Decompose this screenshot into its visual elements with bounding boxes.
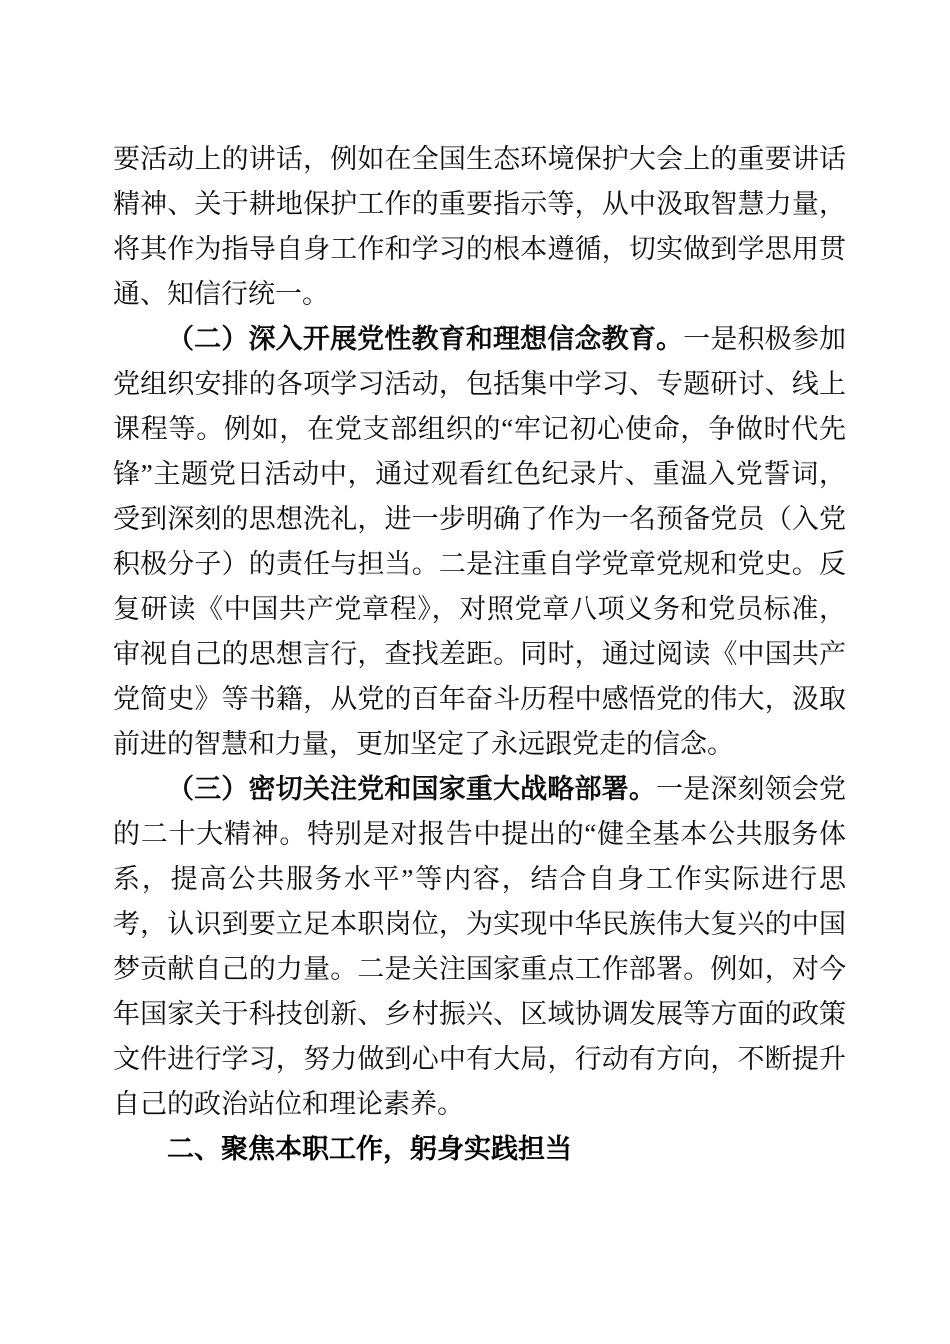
paragraph-section-two: （二）深入开展党性教育和理想信念教育。一是积极参加党组织安排的各项学习活动，包括… [113, 317, 846, 767]
document-page: 要活动上的讲话，例如在全国生态环境保护大会上的重要讲话精神、关于耕地保护工作的重… [0, 0, 950, 1344]
paragraph-section-three: （三）密切关注党和国家重大战略部署。一是深刻领会党的二十大精神。特别是对报告中提… [113, 767, 846, 1127]
document-text-block: 要活动上的讲话，例如在全国生态环境保护大会上的重要讲话精神、关于耕地保护工作的重… [113, 137, 846, 1172]
section-two-text: 一是积极参加党组织安排的各项学习活动，包括集中学习、专题研讨、线上课程等。例如，… [113, 324, 846, 759]
paragraph-continuation-text: 要活动上的讲话，例如在全国生态环境保护大会上的重要讲话精神、关于耕地保护工作的重… [113, 144, 846, 309]
paragraph-continuation: 要活动上的讲话，例如在全国生态环境保护大会上的重要讲话精神、关于耕地保护工作的重… [113, 137, 846, 317]
section-heading-part-two: 二、聚焦本职工作，躬身实践担当 [113, 1127, 846, 1172]
section-three-lead-bold: （三）密切关注党和国家重大战略部署。 [167, 774, 656, 804]
section-two-lead-bold: （二）深入开展党性教育和理想信念教育。 [167, 324, 683, 354]
section-three-text: 一是深刻领会党的二十大精神。特别是对报告中提出的“健全基本公共服务体系，提高公共… [113, 774, 846, 1119]
